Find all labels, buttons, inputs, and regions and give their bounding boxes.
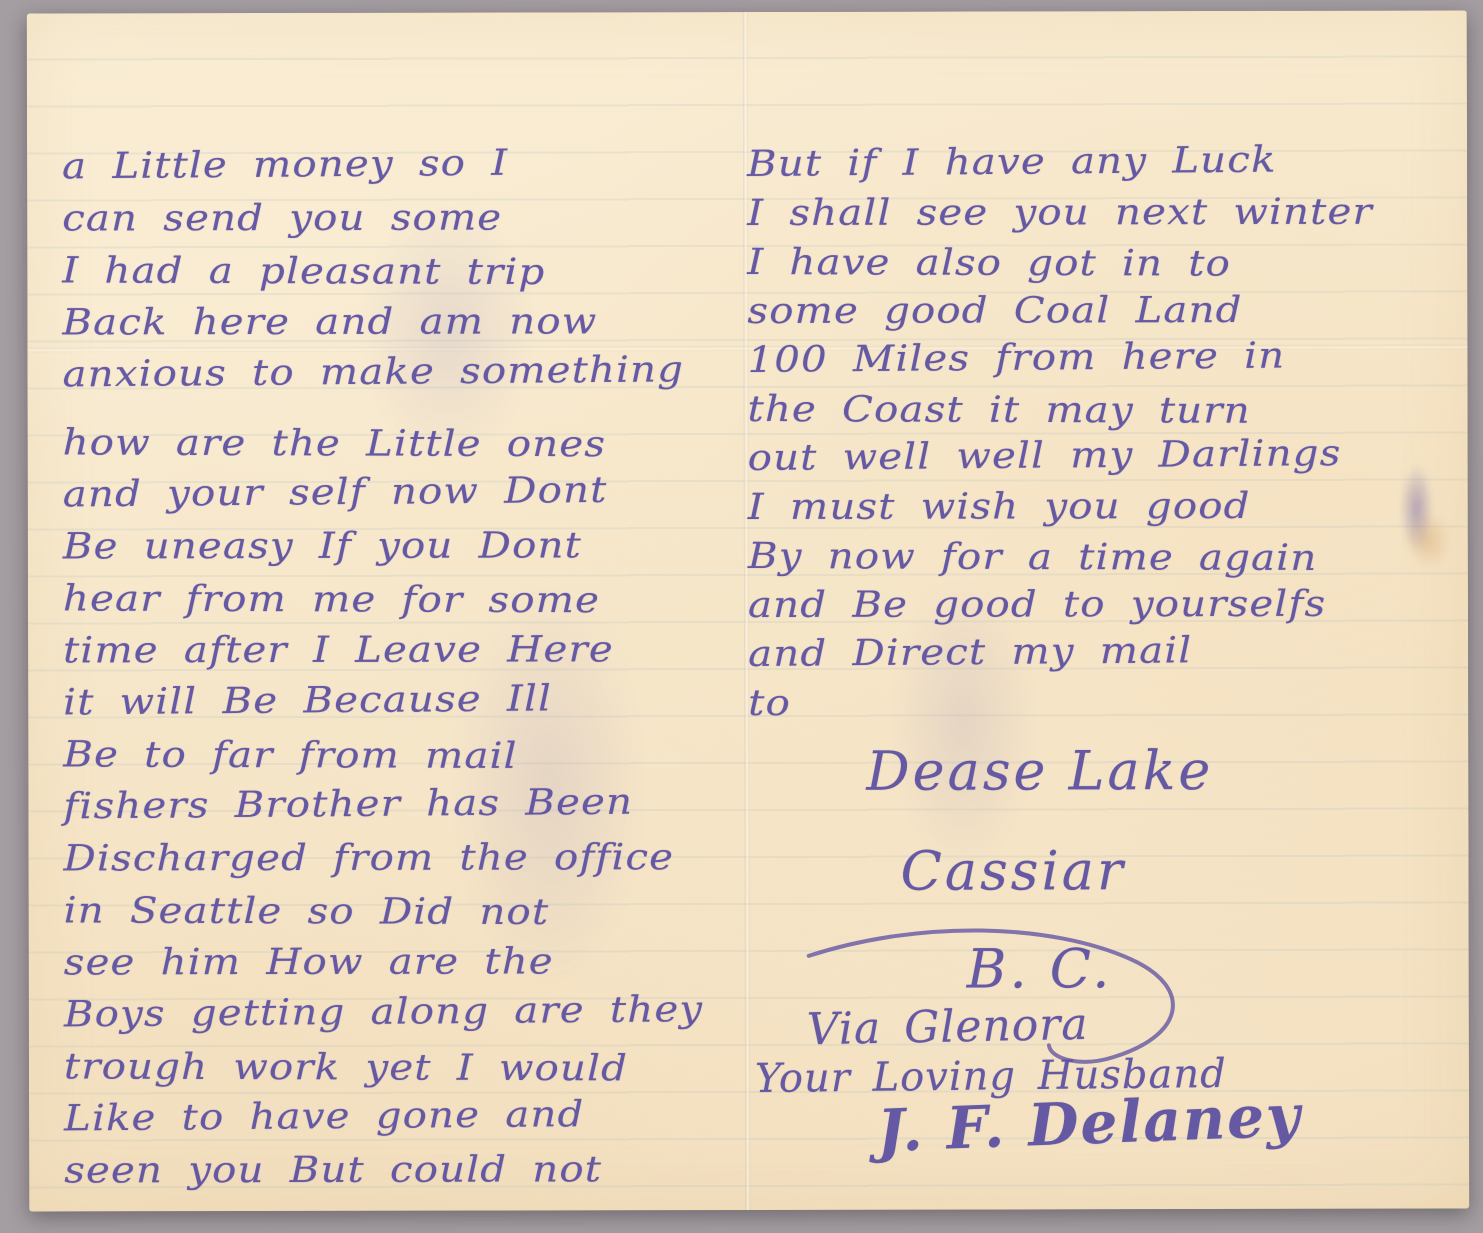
address-line-cassiar: Cassiar	[900, 839, 1125, 902]
handwritten-line: anxious to make something	[62, 343, 826, 401]
handwritten-line: and your self now Dont	[62, 463, 826, 521]
handwritten-line: and Direct my mail	[748, 623, 1483, 679]
handwritten-line: hear from me for some	[63, 573, 827, 628]
handwritten-line: some good Coal Land	[747, 285, 1483, 336]
handwritten-line: to	[748, 679, 1483, 731]
handwritten-line: see him How are the	[64, 936, 828, 990]
handwritten-line: time after I Leave Here	[63, 624, 827, 678]
handwritten-line: it will Be Because Ill	[63, 671, 827, 729]
photo-background: a Little money so I can send you some I …	[0, 0, 1483, 1233]
handwritten-line: Discharged from the office	[63, 832, 827, 886]
handwritten-line: But if I have any Luck	[747, 133, 1483, 189]
handwritten-line: I had a pleasant trip	[62, 245, 826, 300]
letter-page-right: But if I have any Luck I shall see you n…	[747, 139, 1449, 1210]
closing-via-glenora: Via Glenora	[806, 999, 1089, 1055]
handwritten-line: and Be good to yourselfs	[748, 579, 1483, 630]
handwritten-line: in Seattle so Did not	[64, 885, 828, 940]
handwritten-line: I must wish you good	[748, 481, 1483, 532]
handwritten-line: I shall see you next winter	[747, 187, 1483, 238]
handwritten-line: Like to have gone and	[64, 1087, 828, 1145]
handwritten-line: Back here and am now	[62, 296, 826, 350]
handwritten-line: Be uneasy If you Dont	[63, 520, 827, 574]
handwritten-line: can send you some	[62, 192, 826, 246]
signature: J. F. Delaney	[876, 1081, 1303, 1165]
handwritten-line: 100 Miles from here in	[747, 329, 1483, 385]
letter-page-left: a Little money so I can send you some I …	[62, 140, 746, 1197]
letter-sheet: a Little money so I can send you some I …	[27, 10, 1470, 1211]
handwritten-line: I have also got in to	[747, 238, 1483, 290]
handwritten-line: out well well my Darlings	[747, 427, 1483, 483]
handwritten-line: a Little money so I	[62, 135, 826, 193]
address-line-dease-lake: Dease Lake	[866, 739, 1213, 803]
handwritten-line: fishers Brother has Been	[63, 775, 827, 833]
handwritten-line: By now for a time again	[748, 532, 1483, 584]
handwritten-line: seen you But could not	[64, 1144, 828, 1198]
handwritten-line: Boys getting along are they	[64, 983, 828, 1041]
